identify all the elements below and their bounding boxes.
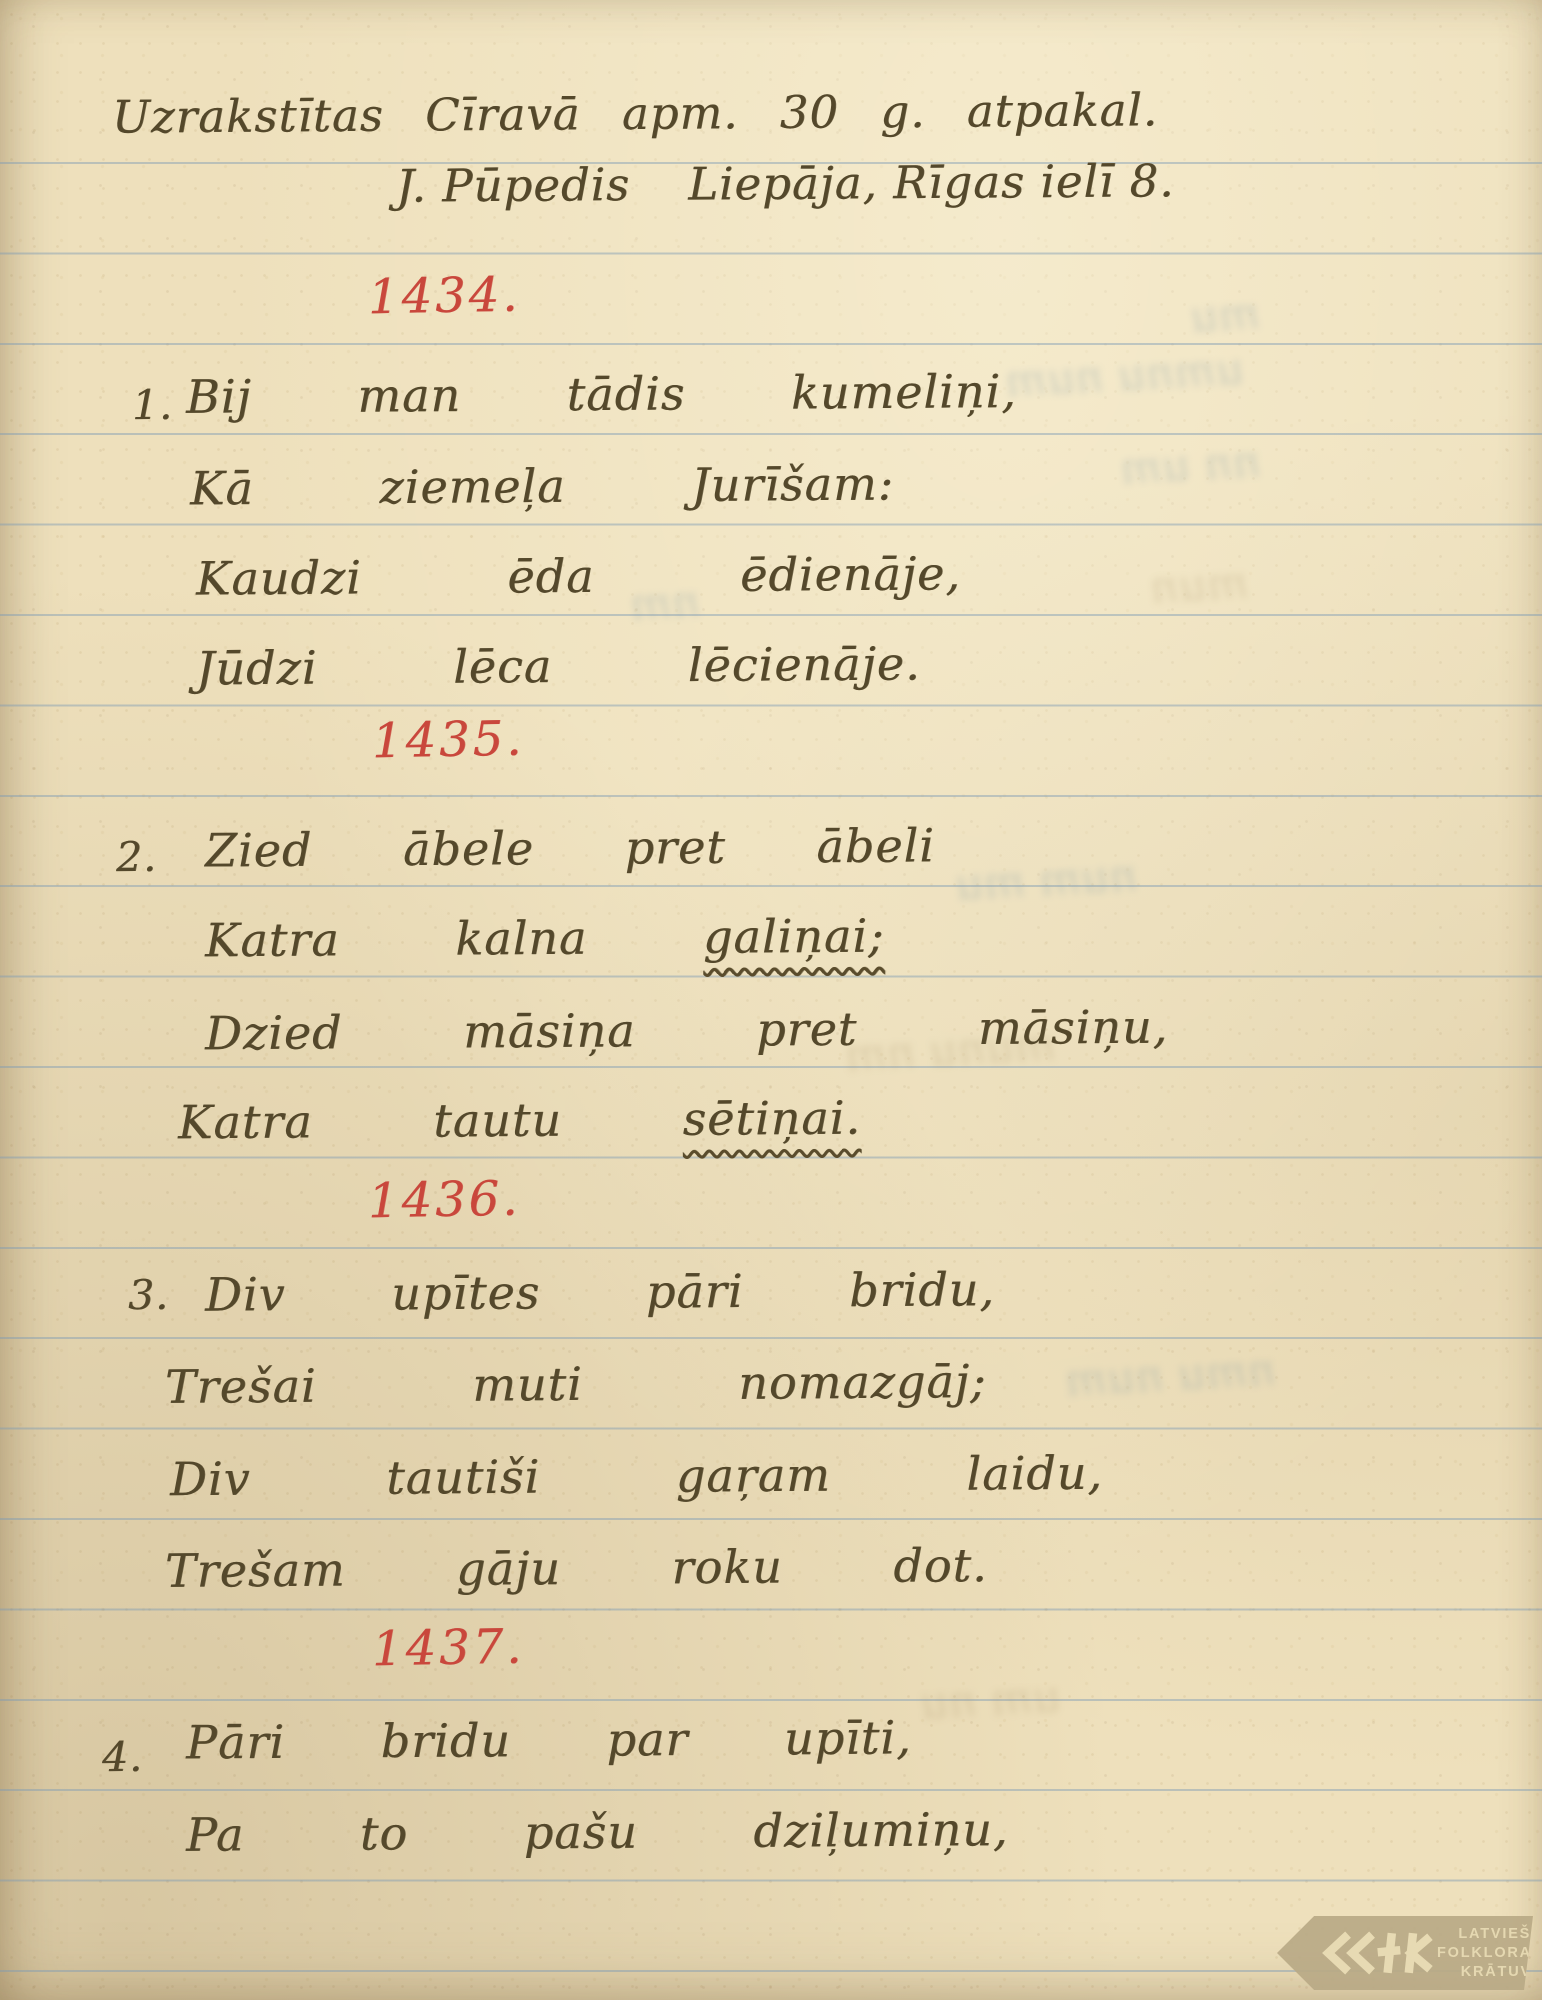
archive-number: 1436.	[368, 1171, 521, 1230]
verse-number: 3.	[128, 1270, 169, 1322]
show-through-mark: umnu num	[1004, 344, 1245, 407]
verse-line: Zied ābele pret ābeli	[205, 817, 935, 880]
underlined-word: galiņai;	[703, 909, 885, 964]
show-through-mark: mu	[1189, 288, 1262, 343]
archive-number: 1437.	[372, 1619, 525, 1678]
archive-watermark: LATVIEŠU FOLKLORAS KRĀTUVE	[1277, 1916, 1533, 1990]
verse-line-text: Katra tautu	[178, 1092, 683, 1150]
archive-number: 1434.	[368, 267, 521, 326]
verse-line: Pa to pašu dziļumiņu,	[186, 1801, 1009, 1864]
verse-number: 4.	[102, 1732, 143, 1784]
verse-line: Kaudzi ēda ēdienāje,	[196, 545, 961, 608]
verse-line: Katra tautu sētiņai.	[178, 1090, 861, 1152]
verse-line: Bij man tādis kumeliņi,	[186, 363, 1017, 426]
verse-line: Div tautiši gaŗam laidu,	[170, 1445, 1103, 1509]
archive-number: 1435.	[372, 711, 525, 770]
verse-line: Kā ziemeļa Jurīšam:	[190, 456, 894, 518]
archive-name-line: LATVIEŠU	[1437, 1925, 1542, 1944]
verse-line: Div upītes pāri bridu,	[205, 1261, 995, 1324]
header-provenance: Uzrakstītas Cīravā apm. 30 g. atpakal.	[112, 82, 1158, 146]
verse-number: 2.	[116, 832, 157, 884]
verse-line: Trešai muti nomazgāj;	[165, 1353, 987, 1416]
show-through-mark: mun	[1149, 557, 1250, 613]
lfk-logo-icon	[1317, 1925, 1437, 1981]
manuscript-page: umnu num nn um mun num mu munu nm nmu nu…	[0, 0, 1542, 2000]
archive-name-line: KRĀTUVE	[1437, 1963, 1542, 1982]
archive-name-line: FOLKLORAS	[1437, 1944, 1542, 1963]
header-collector: J. Pūpedis Liepāja, Rīgas ielī 8.	[396, 153, 1175, 215]
verse-line-text: Katra kalna	[205, 910, 703, 967]
show-through-mark: nn um	[1119, 436, 1262, 494]
underlined-word: sētiņai.	[682, 1091, 861, 1146]
verse-line: Katra kalna galiņai;	[205, 908, 885, 970]
show-through-mark: um nu	[919, 1671, 1062, 1729]
verse-line: Dzied māsiņa pret māsiņu,	[205, 999, 1169, 1063]
collector-address: Liepāja, Rīgas ielī 8.	[688, 153, 1175, 213]
show-through-mark: num mu	[954, 850, 1139, 910]
verse-number: 1.	[132, 380, 173, 432]
verse-line: Pāri bridu par upīti,	[186, 1709, 912, 1772]
verse-line: Trešam gāju roku dot.	[165, 1537, 988, 1600]
verse-line: Jūdzi lēca lēcienāje.	[196, 635, 921, 698]
collector-name: J. Pūpedis	[396, 157, 631, 215]
show-through-mark: nmu num	[1064, 1345, 1277, 1407]
archive-name: LATVIEŠU FOLKLORAS KRĀTUVE	[1437, 1925, 1542, 1982]
